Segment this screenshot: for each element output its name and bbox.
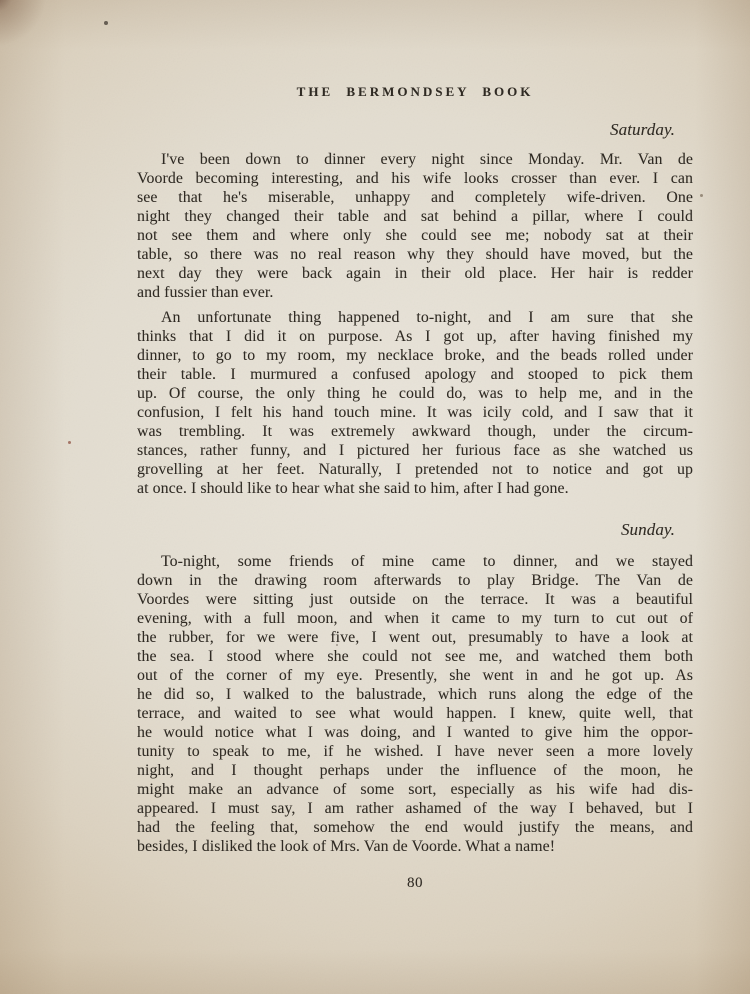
text-line: the sea. I stood where she could not see… — [137, 647, 693, 666]
text-line: dinner, to go to my room, my necklace br… — [137, 346, 693, 365]
text-line: he did so, I walked to the balustrade, w… — [137, 685, 693, 704]
text-line: tunity to speak to me, if he wished. I h… — [137, 742, 693, 761]
text-line: out of the corner of my eye. Presently, … — [137, 666, 693, 685]
text-line: see that he's miserable, unhappy and com… — [137, 188, 693, 207]
text-line: thinks that I did it on purpose. As I go… — [137, 327, 693, 346]
text-line: appeared. I must say, I am rather ashame… — [137, 799, 693, 818]
entry-heading-saturday: Saturday. — [137, 120, 693, 139]
paragraph: An unfortunate thing happened to-night, … — [137, 308, 693, 498]
text-line: table, so there was no real reason why t… — [137, 245, 693, 264]
ink-speck — [68, 441, 71, 444]
text-line: stances, rather funny, and I pictured he… — [137, 441, 693, 460]
paragraph: I've been down to dinner every night sin… — [137, 150, 693, 302]
text-line: To-night, some friends of mine came to d… — [137, 552, 693, 571]
entry-heading-sunday: Sunday. — [137, 520, 693, 539]
scan-page: THE BERMONDSEY BOOK Saturday. I've been … — [0, 0, 750, 994]
text-line: had the feeling that, somehow the end wo… — [137, 818, 693, 837]
text-line: night, and I thought perhaps under the i… — [137, 761, 693, 780]
ink-speck — [104, 21, 108, 25]
text-line: down in the drawing room afterwards to p… — [137, 571, 693, 590]
text-line: at once. I should like to hear what she … — [137, 479, 693, 498]
text-line: grovelling at her feet. Naturally, I pre… — [137, 460, 693, 479]
entry-sunday: Sunday. To-night, some friends of mine c… — [137, 520, 693, 856]
entry-saturday: Saturday. I've been down to dinner every… — [137, 120, 693, 498]
text-line: next day they were back again in their o… — [137, 264, 693, 283]
text-line: Voordes were sitting just outside on the… — [137, 590, 693, 609]
text-line: terrace, and waited to see what would ha… — [137, 704, 693, 723]
text-line: confusion, I felt his hand touch mine. I… — [137, 403, 693, 422]
text-line: not see them and where only she could se… — [137, 226, 693, 245]
text-line: Voorde becoming interesting, and his wif… — [137, 169, 693, 188]
text-block: THE BERMONDSEY BOOK Saturday. I've been … — [137, 85, 693, 893]
text-line: their table. I murmured a confused apolo… — [137, 365, 693, 384]
text-line: was trembling. It was extremely awkward … — [137, 422, 693, 441]
page-number: 80 — [137, 874, 693, 893]
text-line: night they changed their table and sat b… — [137, 207, 693, 226]
text-line: he would notice what I was doing, and I … — [137, 723, 693, 742]
text-line: up. Of course, the only thing he could d… — [137, 384, 693, 403]
text-line: and fussier than ever. — [137, 283, 693, 302]
text-line: evening, with a full moon, and when it c… — [137, 609, 693, 628]
text-line: An unfortunate thing happened to-night, … — [137, 308, 693, 327]
ink-speck — [700, 194, 703, 197]
text-line: might make an advance of some sort, espe… — [137, 780, 693, 799]
text-line: besides, I disliked the look of Mrs. Van… — [137, 837, 693, 856]
text-line: I've been down to dinner every night sin… — [137, 150, 693, 169]
running-header: THE BERMONDSEY BOOK — [137, 85, 693, 99]
text-line: the rubber, for we were five, I went out… — [137, 628, 693, 647]
paragraph: To-night, some friends of mine came to d… — [137, 552, 693, 856]
